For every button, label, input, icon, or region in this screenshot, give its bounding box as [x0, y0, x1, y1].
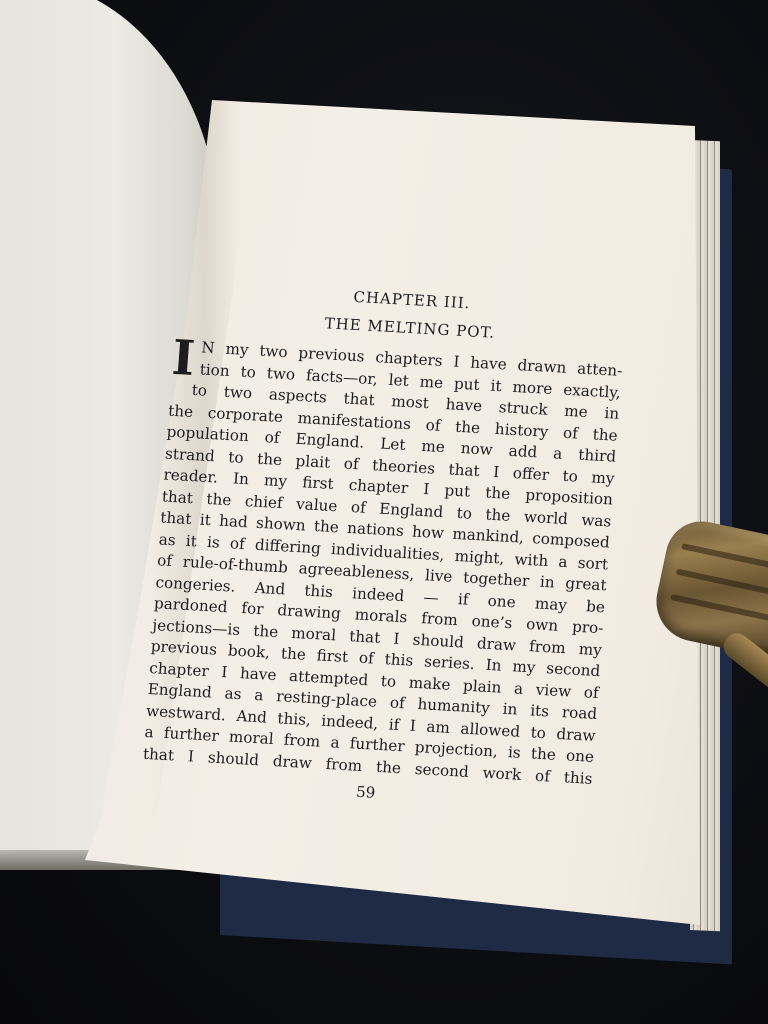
photo-scene: CHAPTER III. THE MELTING POT. I N my two…	[0, 0, 768, 1024]
clip-ridge	[676, 569, 768, 600]
clip-ridge	[681, 543, 768, 574]
page-text-block: CHAPTER III. THE MELTING POT. I N my two…	[140, 278, 627, 814]
clip-ridge	[670, 594, 768, 625]
drop-cap: I	[171, 336, 196, 379]
body-paragraph: I N my two previous chapters I have draw…	[142, 336, 623, 790]
